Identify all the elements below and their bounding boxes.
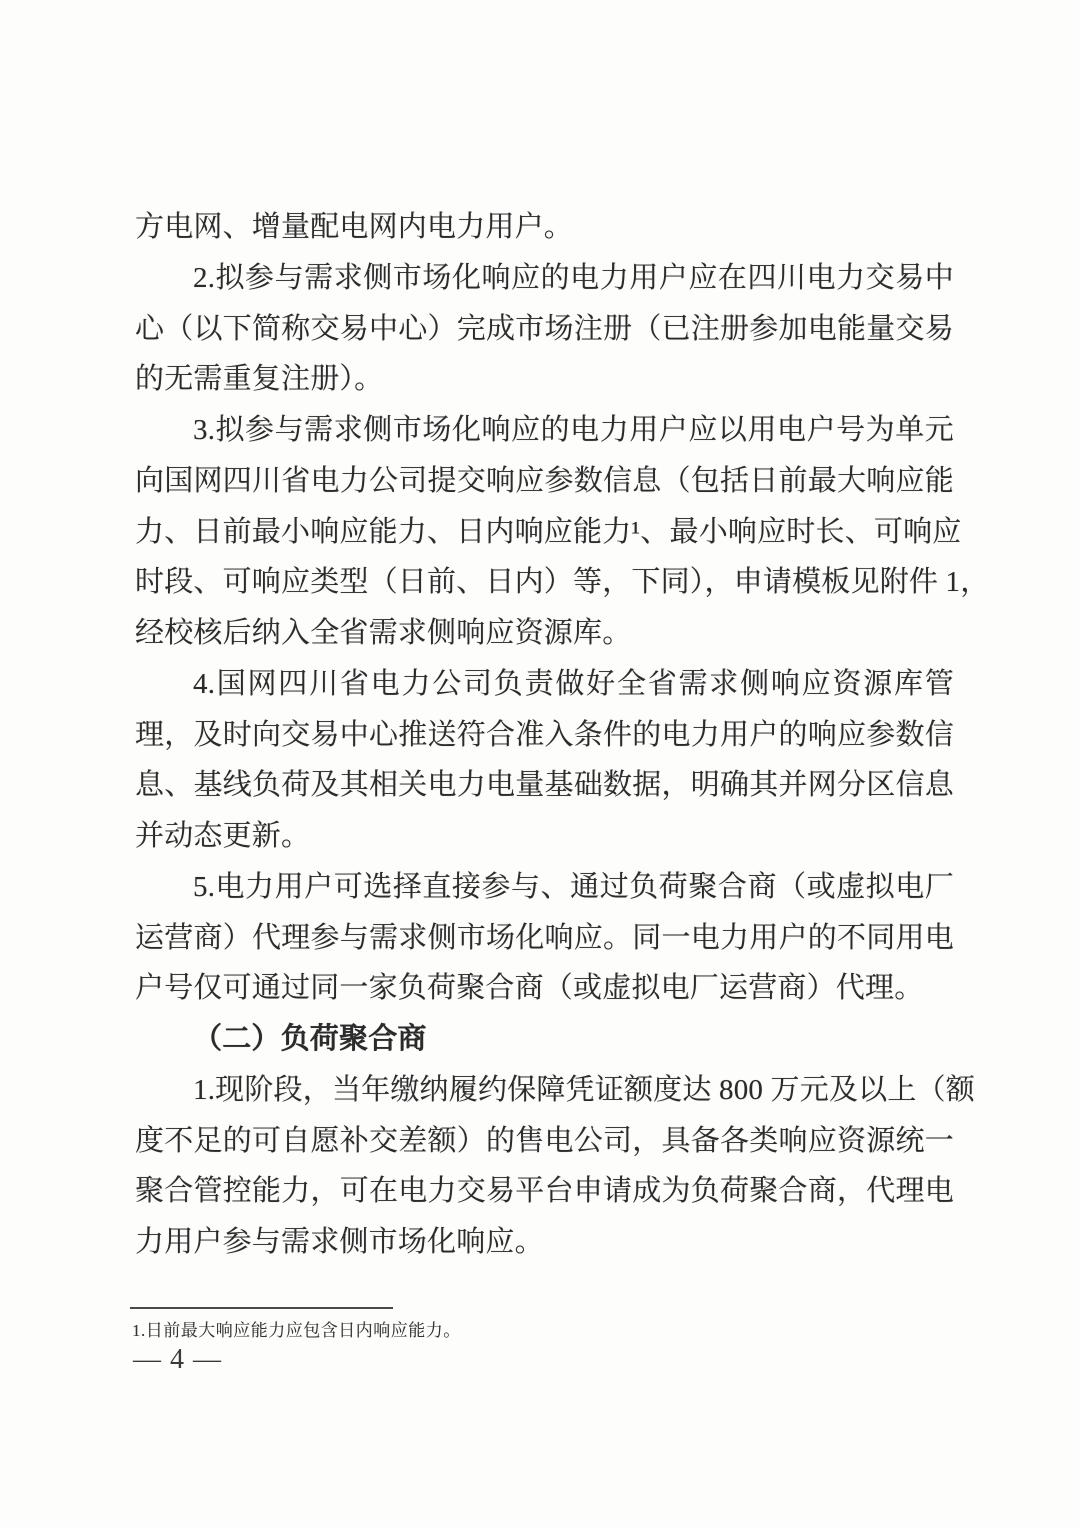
scanned-document-page: 方电网、增量配电网内电力用户。2.拟参与需求侧市场化响应的电力用户应在四川电力交…	[0, 0, 1080, 1528]
body-line: 4.国网四川省电力公司负责做好全省需求侧响应资源库管	[135, 659, 954, 710]
page-number: — 4 —	[133, 1342, 222, 1378]
body-line: 1.现阶段，当年缴纳履约保障凭证额度达 800 万元及以上（额	[135, 1065, 954, 1116]
body-line: 经校核后纳入全省需求侧响应资源库。	[135, 608, 954, 659]
body-line: 5.电力用户可选择直接参与、通过负荷聚合商（或虚拟电厂	[135, 862, 954, 913]
body-line: 运营商）代理参与需求侧市场化响应。同一电力用户的不同用电	[135, 913, 954, 964]
body-line: 聚合管控能力，可在电力交易平台申请成为负荷聚合商，代理电	[135, 1166, 954, 1217]
section-heading: （二）负荷聚合商	[135, 1014, 954, 1065]
body-line: 心（以下简称交易中心）完成市场注册（已注册参加电能量交易	[135, 304, 954, 355]
body-line: 并动态更新。	[135, 811, 954, 862]
footnote-text: 1.日前最大响应能力应包含日内响应能力。	[132, 1318, 461, 1344]
footnote-divider	[130, 1307, 393, 1309]
body-line: 3.拟参与需求侧市场化响应的电力用户应以用电户号为单元	[135, 405, 954, 456]
body-line: 方电网、增量配电网内电力用户。	[135, 202, 954, 253]
body-line: 度不足的可自愿补交差额）的售电公司，具备各类响应资源统一	[135, 1116, 954, 1167]
body-line: 向国网四川省电力公司提交响应参数信息（包括日前最大响应能	[135, 456, 954, 507]
body-line: 息、基线负荷及其相关电力电量基础数据，明确其并网分区信息	[135, 760, 954, 811]
body-line: 户号仅可通过同一家负荷聚合商（或虚拟电厂运营商）代理。	[135, 963, 954, 1014]
body-line: 的无需重复注册）。	[135, 354, 954, 405]
document-body: 方电网、增量配电网内电力用户。2.拟参与需求侧市场化响应的电力用户应在四川电力交…	[135, 202, 954, 1268]
body-line: 2.拟参与需求侧市场化响应的电力用户应在四川电力交易中	[135, 253, 954, 304]
body-line: 时段、可响应类型（日前、日内）等，下同），申请模板见附件 1，	[135, 557, 954, 608]
body-line: 力、日前最小响应能力、日内响应能力¹、最小响应时长、可响应	[135, 507, 954, 558]
body-line: 理，及时向交易中心推送符合准入条件的电力用户的响应参数信	[135, 710, 954, 761]
body-line: 力用户参与需求侧市场化响应。	[135, 1217, 954, 1268]
